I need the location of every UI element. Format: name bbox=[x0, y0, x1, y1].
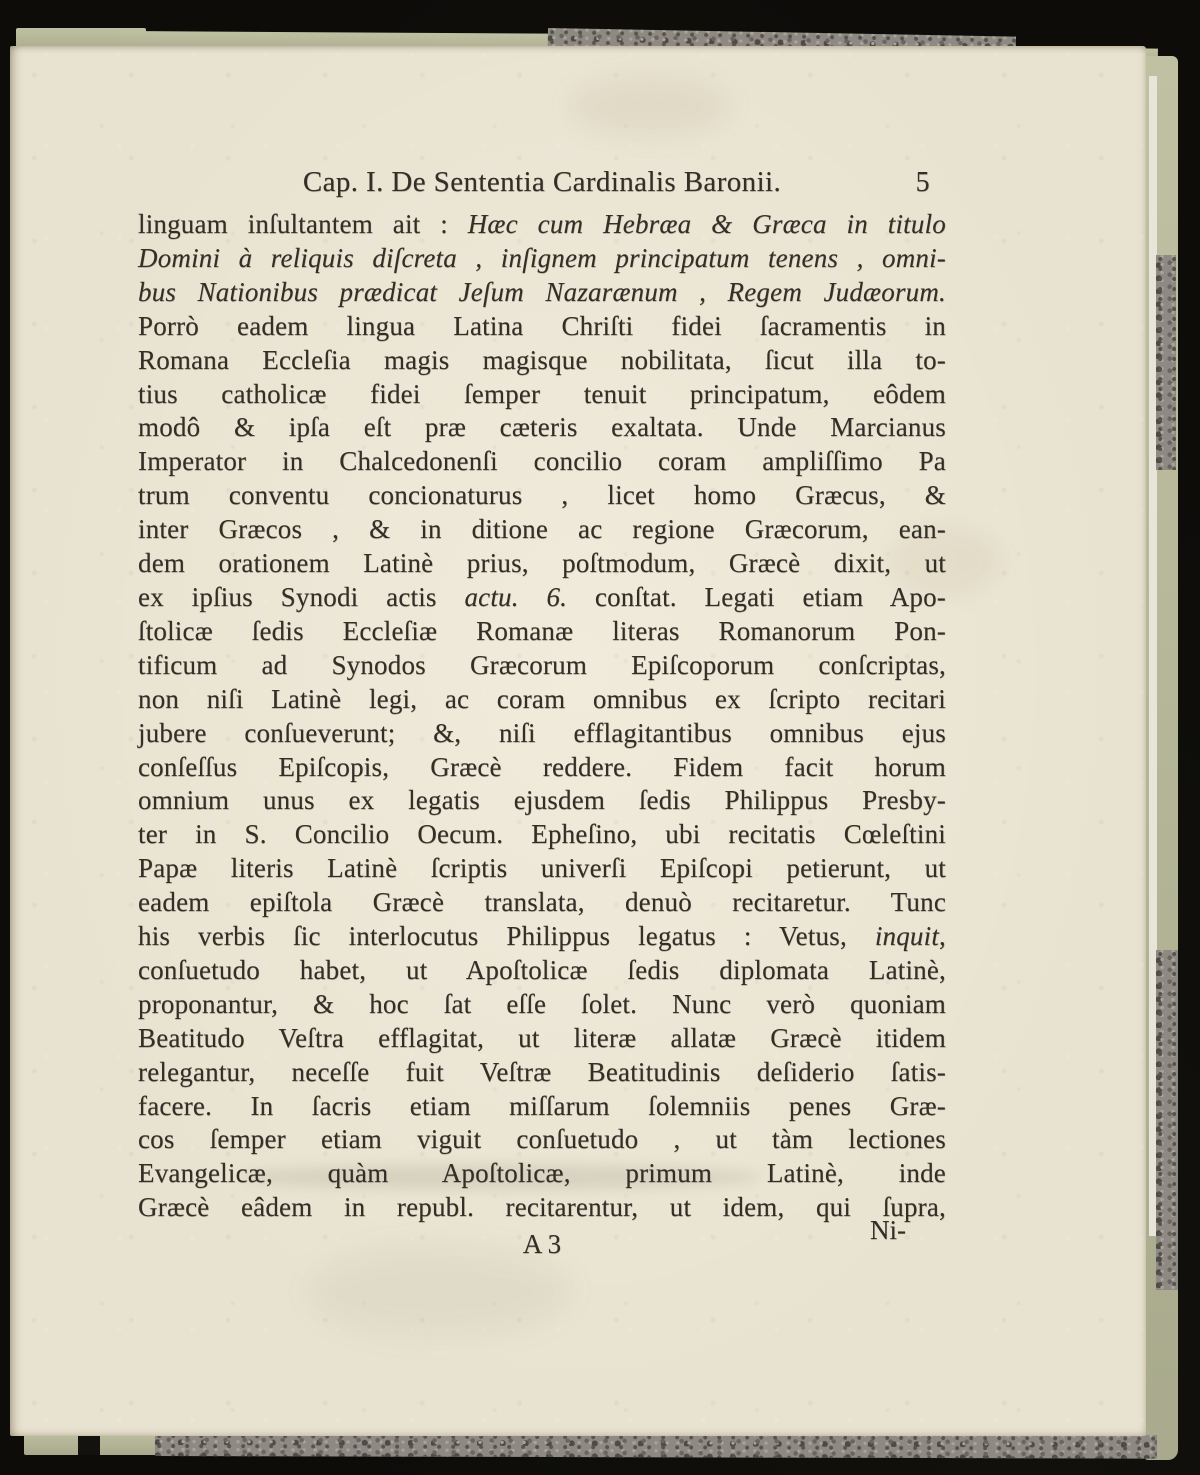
text-line: Porrò eadem lingua Latina Chriſti fidei … bbox=[138, 310, 946, 344]
running-header: Cap. I. De Sententia Cardinalis Baronii.… bbox=[138, 166, 946, 208]
text-line: Græcè eâdem in republ. recitarentur, ut … bbox=[138, 1191, 946, 1225]
text-line: trum conventu concionaturus , licet homo… bbox=[138, 479, 946, 513]
text-line: Romana Eccleſia magis magisque nobilitat… bbox=[138, 344, 946, 378]
page-number: 5 bbox=[916, 167, 930, 199]
text-line: omnium unus ex legatis ejusdem ſedis Phi… bbox=[138, 784, 946, 818]
text-line: Imperator in Chalcedonenſi concilio cora… bbox=[138, 445, 946, 479]
text-line: proponantur, & hoc ſat eſſe ſolet. Nunc … bbox=[138, 988, 946, 1022]
book-page: Cap. I. De Sententia Cardinalis Baronii.… bbox=[10, 46, 1146, 1436]
text-line: dem orationem Latinè prius, poſtmodum, G… bbox=[138, 547, 946, 581]
catchword: Ni- bbox=[870, 1215, 906, 1246]
text-line: Papæ literis Latinè ſcriptis univerſi Ep… bbox=[138, 852, 946, 886]
text-line: relegantur, neceſſe fuit Veſtræ Beatitud… bbox=[138, 1056, 946, 1090]
paper-stain bbox=[570, 76, 730, 136]
text-line: tius catholicæ fidei ſemper tenuit princ… bbox=[138, 378, 946, 412]
text-line: cos ſemper etiam viguit conſuetudo , ut … bbox=[138, 1123, 946, 1157]
footer-row: A 3 Ni- bbox=[138, 1229, 946, 1273]
text-line: tificum ad Synodos Græcorum Epiſcoporum … bbox=[138, 649, 946, 683]
text-line: Beatitudo Veſtra efflagitat, ut literæ a… bbox=[138, 1022, 946, 1056]
text-line: conſuetudo habet, ut Apoſtolicæ ſedis di… bbox=[138, 954, 946, 988]
text-line: bus Nationibus prædicat Jeſum Nazarænum … bbox=[138, 276, 946, 310]
text-line: Evangelicæ, quàm Apoſtolicæ, primum Lati… bbox=[138, 1157, 946, 1191]
text-line: conſeſſus Epiſcopis, Græcè reddere. Fide… bbox=[138, 751, 946, 785]
text-line: Domini à reliquis diſcreta , inſignem pr… bbox=[138, 242, 946, 276]
text-line: his verbis ſic interlocutus Philippus le… bbox=[138, 920, 946, 954]
text-line: facere. In ſacris etiam miſſarum ſolemni… bbox=[138, 1090, 946, 1124]
page-title: Cap. I. De Sententia Cardinalis Baronii. bbox=[303, 166, 781, 198]
text-line: jubere conſueverunt; &, niſi efflagitant… bbox=[138, 717, 946, 751]
body-lines: linguam inſultantem ait : Hæc cum Hebræa… bbox=[138, 208, 946, 1225]
signature-mark: A 3 bbox=[523, 1229, 561, 1259]
book-right-edge-marbled-lower bbox=[1156, 950, 1178, 1290]
text-block: Cap. I. De Sententia Cardinalis Baronii.… bbox=[138, 166, 946, 1273]
text-line: ſtolicæ ſedis Eccleſiæ Romanæ literas Ro… bbox=[138, 615, 946, 649]
text-line: ter in S. Concilio Oecum. Epheſino, ubi … bbox=[138, 818, 946, 852]
text-line: eadem epiſtola Græcè translata, denuò re… bbox=[138, 886, 946, 920]
text-line: inter Græcos , & in ditione ac regione G… bbox=[138, 513, 946, 547]
text-line: non niſi Latinè legi, ac coram omnibus e… bbox=[138, 683, 946, 717]
text-line: linguam inſultantem ait : Hæc cum Hebræa… bbox=[138, 208, 946, 242]
text-line: modô & ipſa eſt præ cæteris exaltata. Un… bbox=[138, 411, 946, 445]
book-right-edge-marbled-upper bbox=[1156, 255, 1176, 470]
text-line: ex ipſius Synodi actis actu. 6. conſtat.… bbox=[138, 581, 946, 615]
